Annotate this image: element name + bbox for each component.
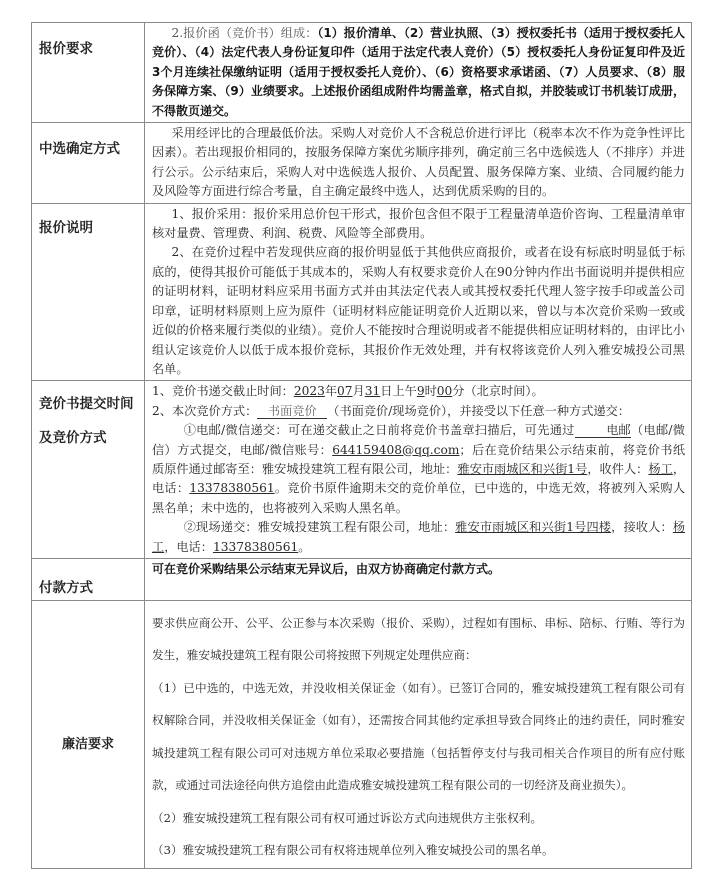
onsite-mid: ，接收人： <box>611 520 673 534</box>
method-value: 书面竞价 <box>257 404 327 419</box>
row-content-quote-requirements: 2.报价函（竞价书）组成：（1）报价清单、（2）营业执照、（3）授权委托书（适用… <box>145 23 692 123</box>
method-prefix: 2、本次竞价方式： <box>152 404 257 418</box>
mail-phone: 13378380561 <box>189 481 274 495</box>
method-suffix: （书面竞价/现场竞价），并接受以下任意一种方式递交： <box>327 404 630 418</box>
email-account: 644159408@qq.com <box>332 443 459 457</box>
onsite-phone: 13378380561 <box>213 540 298 554</box>
row-label-quote-notes: 报价说明 <box>32 203 145 381</box>
row-content-quote-notes: 1、报价采用：报价采用总价包干形式，报价包含但不限于工程量清单造价咨询、工程量清… <box>145 203 692 381</box>
table-row-integrity: 廉洁要求 要求供应商公开、公平、公正参与本次采购（报价、采购），过程如有围标、串… <box>32 600 692 868</box>
integrity-clause-3: （3）雅安城投建筑工程有限公司有权将违规单位列入雅安城投公司的黑名单。 <box>152 834 685 867</box>
deadline-minute-suffix: 分（北京时间）。 <box>452 384 543 398</box>
row-content-submission: 1、竞价书递交截止时间：2023年07月31日上午9时00分（北京时间）。 2、… <box>145 381 692 559</box>
row-content-payment: 可在竞价采购结果公示结束无异议后，由双方协商确定付款方式。 <box>145 558 692 600</box>
deadline-month: 07 <box>337 384 353 398</box>
selection-method-text: 采用经评比的合理最低价法。采购人对竞价人不含税总价进行评比（税率本次不作为竞争性… <box>152 124 685 202</box>
label-text-line1: 竞价书提交时间 <box>39 392 144 412</box>
deadline-year-suffix: 年 <box>325 384 337 398</box>
onsite-mid2: ，电话： <box>164 540 213 554</box>
mail-recipient: 杨工 <box>648 462 672 476</box>
deadline-month-suffix: 月 <box>353 384 365 398</box>
deadline-day: 31 <box>365 384 381 398</box>
procurement-terms-table: 报价要求 2.报价函（竞价书）组成：（1）报价清单、（2）营业执照、（3）授权委… <box>31 22 692 869</box>
row-content-integrity: 要求供应商公开、公平、公正参与本次采购（报价、采购），过程如有围标、串标、陪标、… <box>145 600 692 868</box>
deadline-hour-suffix: 时 <box>425 384 437 398</box>
payment-text: 可在竞价采购结果公示结束无异议后，由双方协商确定付款方式。 <box>152 560 685 579</box>
email-submission-paragraph: ①电邮/微信递交：可在递交截止之日前将竞价书盖章扫描后，可先通过电邮（电邮/微信… <box>152 421 685 518</box>
row-content-selection-method: 采用经评比的合理最低价法。采购人对竞价人不含税总价进行评比（税率本次不作为竞争性… <box>145 123 692 204</box>
onsite-submission-paragraph: ②现场递交：雅安城投建筑工程有限公司，地址：雅安市雨城区和兴街1号四楼，接收人：… <box>152 518 685 557</box>
table-row-selection-method: 中选确定方式 采用经评比的合理最低价法。采购人对竞价人不含税总价进行评比（税率本… <box>32 123 692 204</box>
table-row-payment: 付款方式 可在竞价采购结果公示结束无异议后，由双方协商确定付款方式。 <box>32 558 692 600</box>
mail-address: 雅安市雨城区和兴街1号 <box>457 462 587 476</box>
label-text: 中选确定方式 <box>39 137 144 157</box>
quote-intro-text: 2.报价函（竞价书）组成： <box>172 26 318 40</box>
row-label-selection-method: 中选确定方式 <box>32 123 145 204</box>
integrity-clause-1: （1）已中选的，中选无效，并没收相关保证金（如有）。已签订合同的，雅安城投建筑工… <box>152 672 685 802</box>
integrity-clause-2: （2）雅安城投建筑工程有限公司有权可通过诉讼方式向违规供方主张权利。 <box>152 802 685 835</box>
table-row-submission: 竞价书提交时间 及竞价方式 1、竞价书递交截止时间：2023年07月31日上午9… <box>32 381 692 559</box>
quote-note-1: 1、报价采用：报价采用总价包干形式，报价包含但不限于工程量清单造价咨询、工程量清… <box>152 205 685 244</box>
quote-note-2: 2、在竞价过程中若发现供应商的报价明显低于其他供应商报价，或者在设有标底时明显低… <box>152 243 685 379</box>
email-channel: 电邮 <box>575 423 631 438</box>
label-text: 付款方式 <box>39 576 144 596</box>
onsite-tail: 。 <box>298 540 310 554</box>
deadline-line: 1、竞价书递交截止时间：2023年07月31日上午9时00分（北京时间）。 <box>152 382 685 401</box>
onsite-address: 雅安市雨城区和兴街1号四楼 <box>455 520 611 534</box>
deadline-prefix: 1、竞价书递交截止时间： <box>152 384 294 398</box>
table-row-quote-notes: 报价说明 1、报价采用：报价采用总价包干形式，报价包含但不限于工程量清单造价咨询… <box>32 203 692 381</box>
deadline-hour: 9 <box>417 384 425 398</box>
label-text: 报价要求 <box>39 37 144 57</box>
row-label-payment: 付款方式 <box>32 558 145 600</box>
label-text: 廉洁要求 <box>32 733 144 752</box>
row-label-integrity: 廉洁要求 <box>32 600 145 868</box>
deadline-minute: 00 <box>437 384 453 398</box>
table-row-quote-requirements: 报价要求 2.报价函（竞价书）组成：（1）报价清单、（2）营业执照、（3）授权委… <box>32 23 692 123</box>
email-prefix: ①电邮/微信递交：可在递交截止之日前将竞价书盖章扫描后，可先通过 <box>184 423 575 437</box>
method-line: 2、本次竞价方式：书面竞价（书面竞价/现场竞价），并接受以下任意一种方式递交： <box>152 402 685 421</box>
integrity-intro: 要求供应商公开、公平、公正参与本次采购（报价、采购），过程如有围标、串标、陪标、… <box>152 607 685 672</box>
deadline-year: 2023 <box>294 384 325 398</box>
deadline-day-suffix: 日上午 <box>380 384 417 398</box>
email-mid3: ，收件人： <box>587 462 648 476</box>
onsite-prefix: ②现场递交：雅安城投建筑工程有限公司，地址： <box>184 520 455 534</box>
row-label-submission: 竞价书提交时间 及竞价方式 <box>32 381 145 559</box>
label-text-line2: 及竞价方式 <box>39 426 144 446</box>
row-label-quote-requirements: 报价要求 <box>32 23 145 123</box>
label-text: 报价说明 <box>39 216 144 236</box>
